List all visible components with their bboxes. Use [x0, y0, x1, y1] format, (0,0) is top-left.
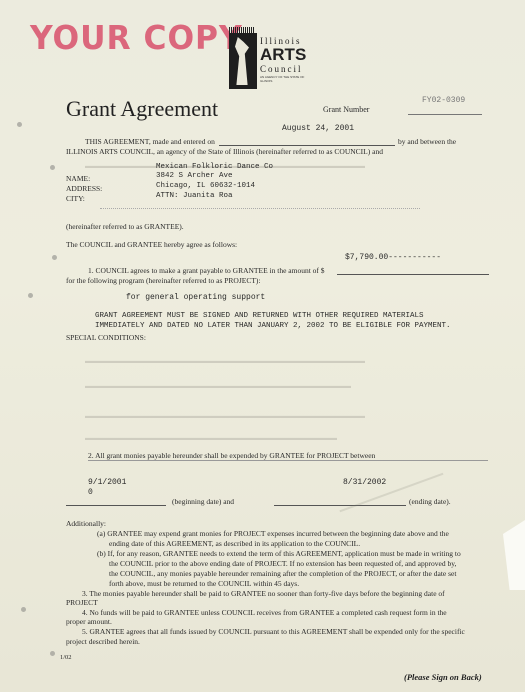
notice-line1: GRANT AGREEMENT MUST BE SIGNED AND RETUR… — [95, 312, 424, 320]
grantee-attn-value: ATTN: Juanita Roa — [156, 192, 233, 200]
intro-text-b: by and between the — [398, 137, 456, 146]
illinois-arts-council-logo: Illinois ARTS Council AN AGENCY OF THE S… — [227, 27, 307, 89]
bleed-through-text: ▬▬▬▬▬▬▬▬▬▬▬▬▬▬▬▬▬▬▬▬▬▬▬▬▬▬▬▬▬▬▬▬▬▬▬▬ — [85, 432, 495, 444]
your-copy-stamp: YOUR COPY — [30, 18, 243, 57]
item5-line2: project described herein. — [66, 637, 140, 646]
document-page: ▬▬▬▬▬▬▬▬▬▬▬▬▬▬▬▬▬▬▬▬▬▬▬▬▬▬▬▬▬▬▬▬▬▬▬▬▬▬▬▬… — [0, 0, 525, 692]
logo-tagline: AN AGENCY OF THE STATE OF ILLINOIS — [260, 75, 307, 83]
item5-line1: 5. GRANTEE agrees that all funds issued … — [82, 627, 465, 636]
divider — [100, 208, 420, 209]
logo-line3: Council — [260, 64, 303, 74]
grantee-name-label: NAME: — [66, 174, 90, 183]
item2-text: 2. All grant monies payable hereunder sh… — [88, 451, 375, 460]
clause-a-line1: (a) GRANTEE may expend grant monies for … — [97, 529, 449, 538]
agreement-date: August 24, 2001 — [282, 124, 354, 133]
grant-number-line — [408, 114, 482, 115]
bleed-through-text: ▬▬▬▬▬▬▬▬▬▬▬▬▬▬▬▬▬▬▬▬▬▬▬▬▬▬▬▬▬▬▬▬▬▬▬▬▬▬▬▬ — [85, 410, 495, 422]
bleed-through-text: ▬▬▬▬▬▬▬▬▬▬▬▬▬▬▬▬▬▬▬▬▬▬▬▬▬▬▬▬▬▬▬▬▬▬▬▬▬▬▬▬ — [85, 355, 495, 367]
intro-text-a: THIS AGREEMENT, made and entered on — [85, 137, 215, 146]
additionally-label: Additionally: — [66, 519, 106, 528]
bleed-through-text: ▬▬▬▬▬▬▬▬▬▬▬▬▬▬▬▬▬▬▬▬▬▬▬▬▬▬▬▬▬▬▬▬▬▬▬▬▬▬▬▬ — [85, 160, 495, 172]
grantee-name-value: Mexican Folkloric Dance Co — [156, 163, 273, 171]
item3-line1: 3. The monies payable hereunder shall be… — [82, 589, 445, 598]
item1-text-b: for the following program (hereinafter r… — [66, 276, 261, 285]
bleed-through-text: ▬▬▬▬▬▬▬▬▬▬▬▬▬▬▬▬▬▬▬▬▬▬▬▬▬▬▬▬▬▬▬▬▬▬▬▬▬▬ — [85, 380, 495, 392]
special-conditions-label: SPECIAL CONDITIONS: — [66, 333, 146, 342]
grant-number-value: FY02-0309 — [422, 96, 465, 105]
begin-date-value: 9/1/2001 — [88, 478, 126, 487]
begin-date-label: (beginning date) and — [172, 497, 234, 506]
punch-mark — [50, 651, 55, 656]
punch-mark — [28, 293, 33, 298]
item4-line1: 4. No funds will be paid to GRANTEE unle… — [82, 608, 447, 617]
end-date-value: 8/31/2002 — [343, 478, 386, 487]
clause-a-line2: ending date of this AGREEMENT, as descri… — [109, 539, 360, 548]
grant-number-label: Grant Number — [323, 105, 369, 114]
punch-mark — [21, 607, 26, 612]
grantee-address-value: 3842 S Archer Ave — [156, 172, 233, 180]
item1-text-a: 1. COUNCIL agrees to make a grant payabl… — [88, 266, 325, 275]
item3-line2: PROJECT — [66, 598, 98, 607]
clause-b-line4: forth above, must be returned to the COU… — [109, 579, 299, 588]
clause-b-line1: (b) If, for any reason, GRANTEE needs to… — [97, 549, 461, 558]
intro-text-2: ILLINOIS ARTS COUNCIL, an agency of the … — [66, 147, 383, 156]
item4-line2: proper amount. — [66, 617, 112, 626]
page-title: Grant Agreement — [66, 96, 218, 122]
sign-on-back-note: (Please Sign on Back) — [404, 672, 482, 682]
clause-b-line3: the COUNCIL, any monies payable hereunde… — [109, 569, 456, 578]
notice-line2: IMMEDIATELY AND DATED NO LATER THAN JANU… — [95, 322, 451, 330]
amount-line — [337, 274, 489, 275]
begin-date-line — [66, 505, 166, 506]
grantee-address-label: ADDRESS: — [66, 184, 102, 193]
clause-b-line2: the COUNCIL prior to the above ending da… — [109, 559, 456, 568]
begin-date-extra: 0 — [88, 488, 93, 497]
logo-line2: ARTS — [260, 45, 306, 65]
date-line — [219, 145, 395, 146]
program-value: for general operating support — [126, 293, 265, 302]
item2-underline — [88, 460, 488, 461]
agree-statement: The COUNCIL and GRANTEE hereby agree as … — [66, 240, 237, 249]
punch-mark — [17, 122, 22, 127]
punch-mark — [52, 255, 57, 260]
form-revision: 1/02 — [60, 654, 72, 661]
punch-mark — [50, 165, 55, 170]
grant-amount-value: $7,790.00----------- — [345, 253, 441, 262]
grantee-city-label: CITY: — [66, 194, 85, 203]
grantee-city-value: Chicago, IL 60632-1014 — [156, 182, 255, 190]
hereinafter-grantee: (hereinafter referred to as GRANTEE). — [66, 222, 184, 231]
folded-corner — [503, 520, 525, 590]
